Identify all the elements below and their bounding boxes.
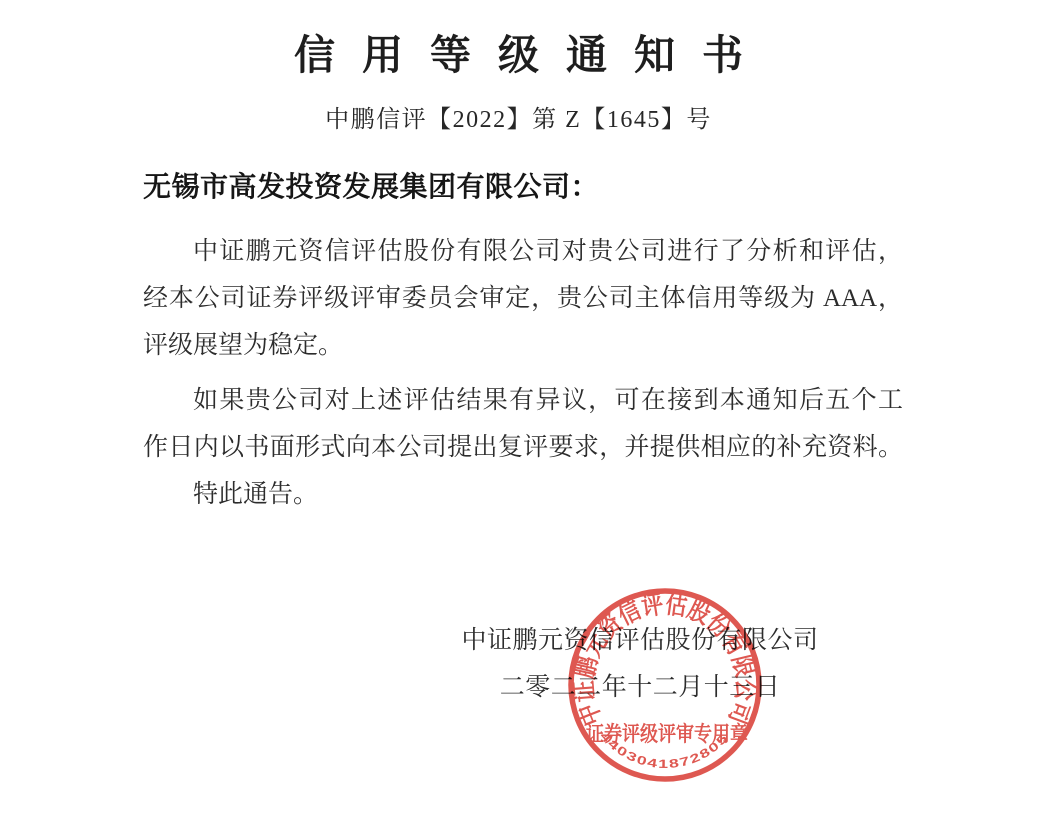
body-line: 评级展望为稳定。 <box>143 322 903 369</box>
document-page: 信用等级通知书 中鹏信评【2022】第 Z【1645】号 无锡市高发投资发展集团… <box>0 0 1037 823</box>
body-line: 如果贵公司对上述评估结果有异议，可在接到本通知后五个工 <box>143 377 903 424</box>
body-line: 作日内以书面形式向本公司提出复评要求，并提供相应的补充资料。 <box>143 424 903 471</box>
seal-bottom-label: 证券评级评审专用章 <box>586 722 748 746</box>
signature-block: 中证鹏元资信评估股份有限公司 二零二二年十二月十三日 <box>390 624 890 705</box>
signature-date: 二零二二年十二月十三日 <box>390 671 890 705</box>
body-line: 经本公司证券评级评审委员会审定，贵公司主体信用等级为 AAA， <box>143 275 903 322</box>
seal-serial-number: 4403041872805 <box>597 729 731 771</box>
body-text: 中证鹏元资信评估股份有限公司对贵公司进行了分析和评估， 经本公司证券评级评审委员… <box>143 228 903 518</box>
document-number: 中鹏信评【2022】第 Z【1645】号 <box>0 99 1037 134</box>
signature-company: 中证鹏元资信评估股份有限公司 <box>390 624 890 658</box>
body-closing-line: 特此通告。 <box>143 471 903 518</box>
addressee-line: 无锡市高发投资发展集团有限公司： <box>143 165 599 205</box>
document-title: 信用等级通知书 <box>0 22 1037 81</box>
body-line: 中证鹏元资信评估股份有限公司对贵公司进行了分析和评估， <box>143 228 903 275</box>
